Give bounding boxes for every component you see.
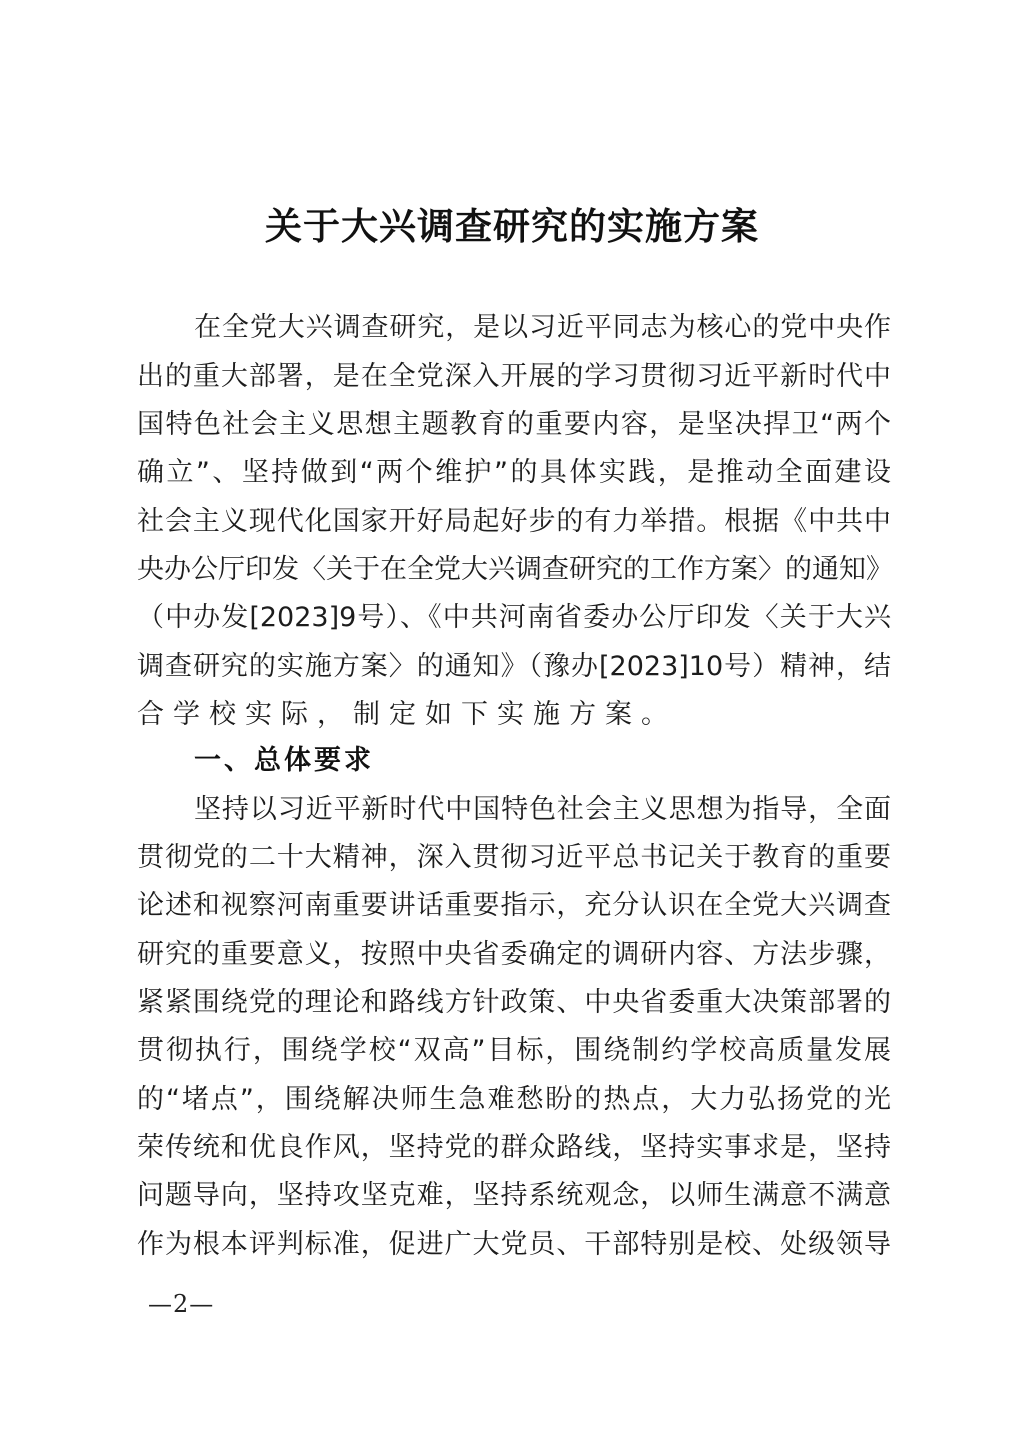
paragraph-line: （中办发[2023]9号）、《中共河南省委办公厅印发〈关于大兴 [137, 598, 891, 638]
paragraph-line: 论述和视察河南重要讲话重要指示，充分认识在全党大兴调查 [137, 886, 891, 926]
document-page: 关于大兴调查研究的实施方案 在全党大兴调查研究，是以习近平同志为核心的党中央作 … [0, 0, 1024, 1448]
paragraph-line: 贯彻党的二十大精神，深入贯彻习近平总书记关于教育的重要 [137, 838, 891, 878]
paragraph-line: 研究的重要意义，按照中央省委确定的调研内容、方法步骤， [137, 935, 891, 975]
paragraph-line: 社会主义现代化国家开好局起好步的有力举措。根据《中共中 [137, 502, 891, 542]
paragraph-line: 紧紧围绕党的理论和路线方针政策、中央省委重大决策部署的 [137, 983, 891, 1023]
page-number: —2— [148, 1286, 214, 1322]
paragraph-line: 出的重大部署，是在全党深入开展的学习贯彻习近平新时代中 [137, 357, 891, 397]
paragraph-line: 问题导向，坚持攻坚克难，坚持系统观念，以师生满意不满意 [137, 1176, 891, 1216]
paragraph-line: 的“堵点”，围绕解决师生急难愁盼的热点，大力弘扬党的光 [137, 1080, 891, 1120]
paragraph-line: 贯彻执行，围绕学校“双高”目标，围绕制约学校高质量发展 [137, 1031, 891, 1071]
paragraph-line: 央办公厅印发〈关于在全党大兴调查研究的工作方案〉的通知》 [137, 550, 891, 590]
paragraph-line: 国特色社会主义思想主题教育的重要内容，是坚决捍卫“两个 [137, 405, 891, 445]
document-title: 关于大兴调查研究的实施方案 [0, 198, 1024, 254]
paragraph-line: 在全党大兴调查研究，是以习近平同志为核心的党中央作 [194, 308, 891, 348]
paragraph-line: 荣传统和优良作风，坚持党的群众路线，坚持实事求是，坚持 [137, 1128, 891, 1168]
paragraph-line: 作为根本评判标准，促进广大党员、干部特别是校、处级领导 [137, 1225, 891, 1265]
section-heading: 一、总体要求 [194, 741, 374, 781]
paragraph-line: 坚持以习近平新时代中国特色社会主义思想为指导，全面 [194, 790, 891, 830]
paragraph-line: 调查研究的实施方案〉的通知》（豫办[2023]10号）精神，结 [137, 647, 891, 687]
paragraph-line: 确立”、坚持做到“两个维护”的具体实践，是推动全面建设 [137, 453, 891, 493]
paragraph-line: 合学校实际，制定如下实施方案。 [137, 695, 891, 735]
